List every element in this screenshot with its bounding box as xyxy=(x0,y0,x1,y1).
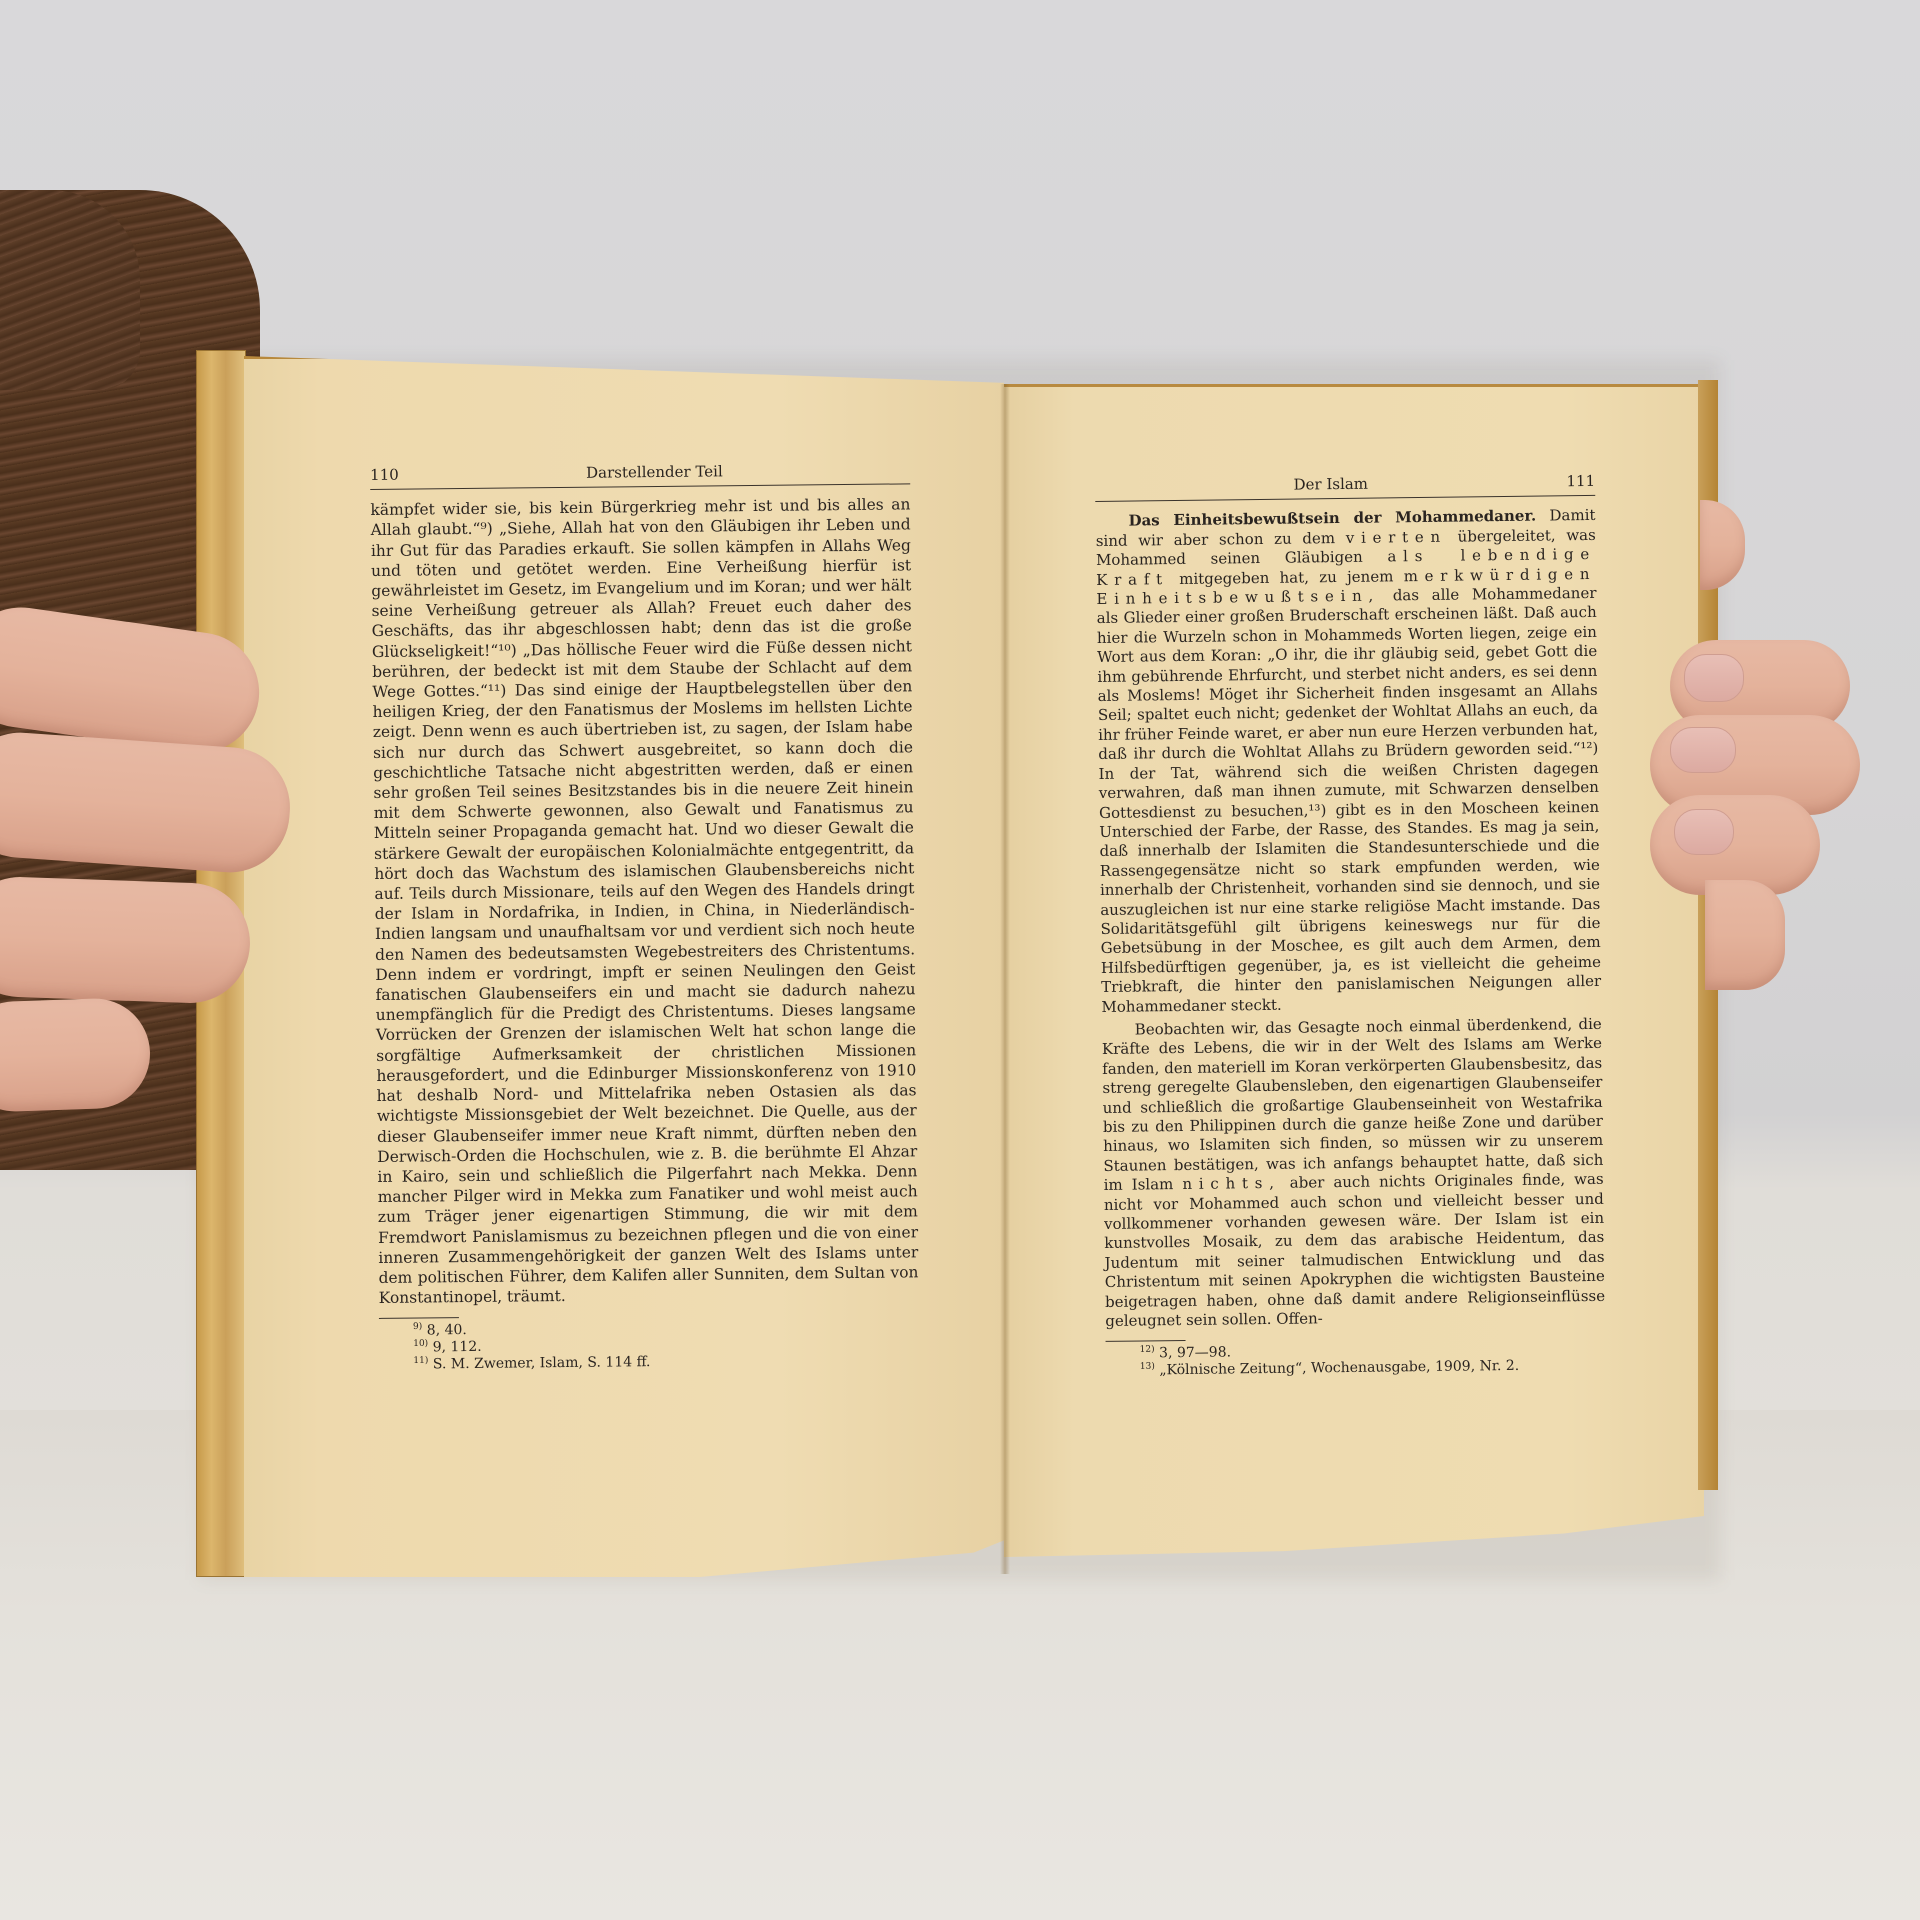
left-running-head: 110 Darstellender Teil xyxy=(370,459,910,490)
right-running-head: Der Islam 111 xyxy=(1095,472,1595,503)
left-running-title: Darstellender Teil xyxy=(399,459,911,485)
left-body-paragraph: kämpfet wider sie, bis kein Bürgerkrieg … xyxy=(370,495,918,1309)
footnote-rule xyxy=(1106,1340,1186,1342)
right-page-text: Der Islam 111 Das Einheitsbewußtsein der… xyxy=(1095,472,1606,1381)
fingernail xyxy=(1684,654,1744,702)
book-gutter xyxy=(1000,384,1010,1574)
right-footnotes: 12) 3, 97—98. 13) „Kölnische Zeitung“, W… xyxy=(1106,1340,1606,1380)
left-page-text: 110 Darstellender Teil kämpfet wider sie… xyxy=(370,459,919,1374)
left-finger-middle xyxy=(0,729,294,877)
fingernail xyxy=(1670,727,1736,773)
right-thumb-tip xyxy=(1700,500,1745,590)
right-paragraph-2: Beobachten wir, das Gesagte noch einmal … xyxy=(1102,1015,1606,1332)
left-page-number: 110 xyxy=(370,465,399,486)
left-footnotes: 9) 8, 40. 10) 9, 112. 11) S. M. Zwemer, … xyxy=(379,1318,920,1375)
right-page-number: 111 xyxy=(1566,472,1595,492)
right-paragraph-1: Das Einheitsbewußtsein der Mohammedaner.… xyxy=(1095,506,1601,1017)
right-finger-pinky xyxy=(1705,880,1785,990)
fingernail xyxy=(1674,809,1734,855)
footnote-rule xyxy=(379,1317,459,1319)
left-finger-pinky xyxy=(0,997,152,1114)
left-finger-ring xyxy=(0,875,252,1005)
